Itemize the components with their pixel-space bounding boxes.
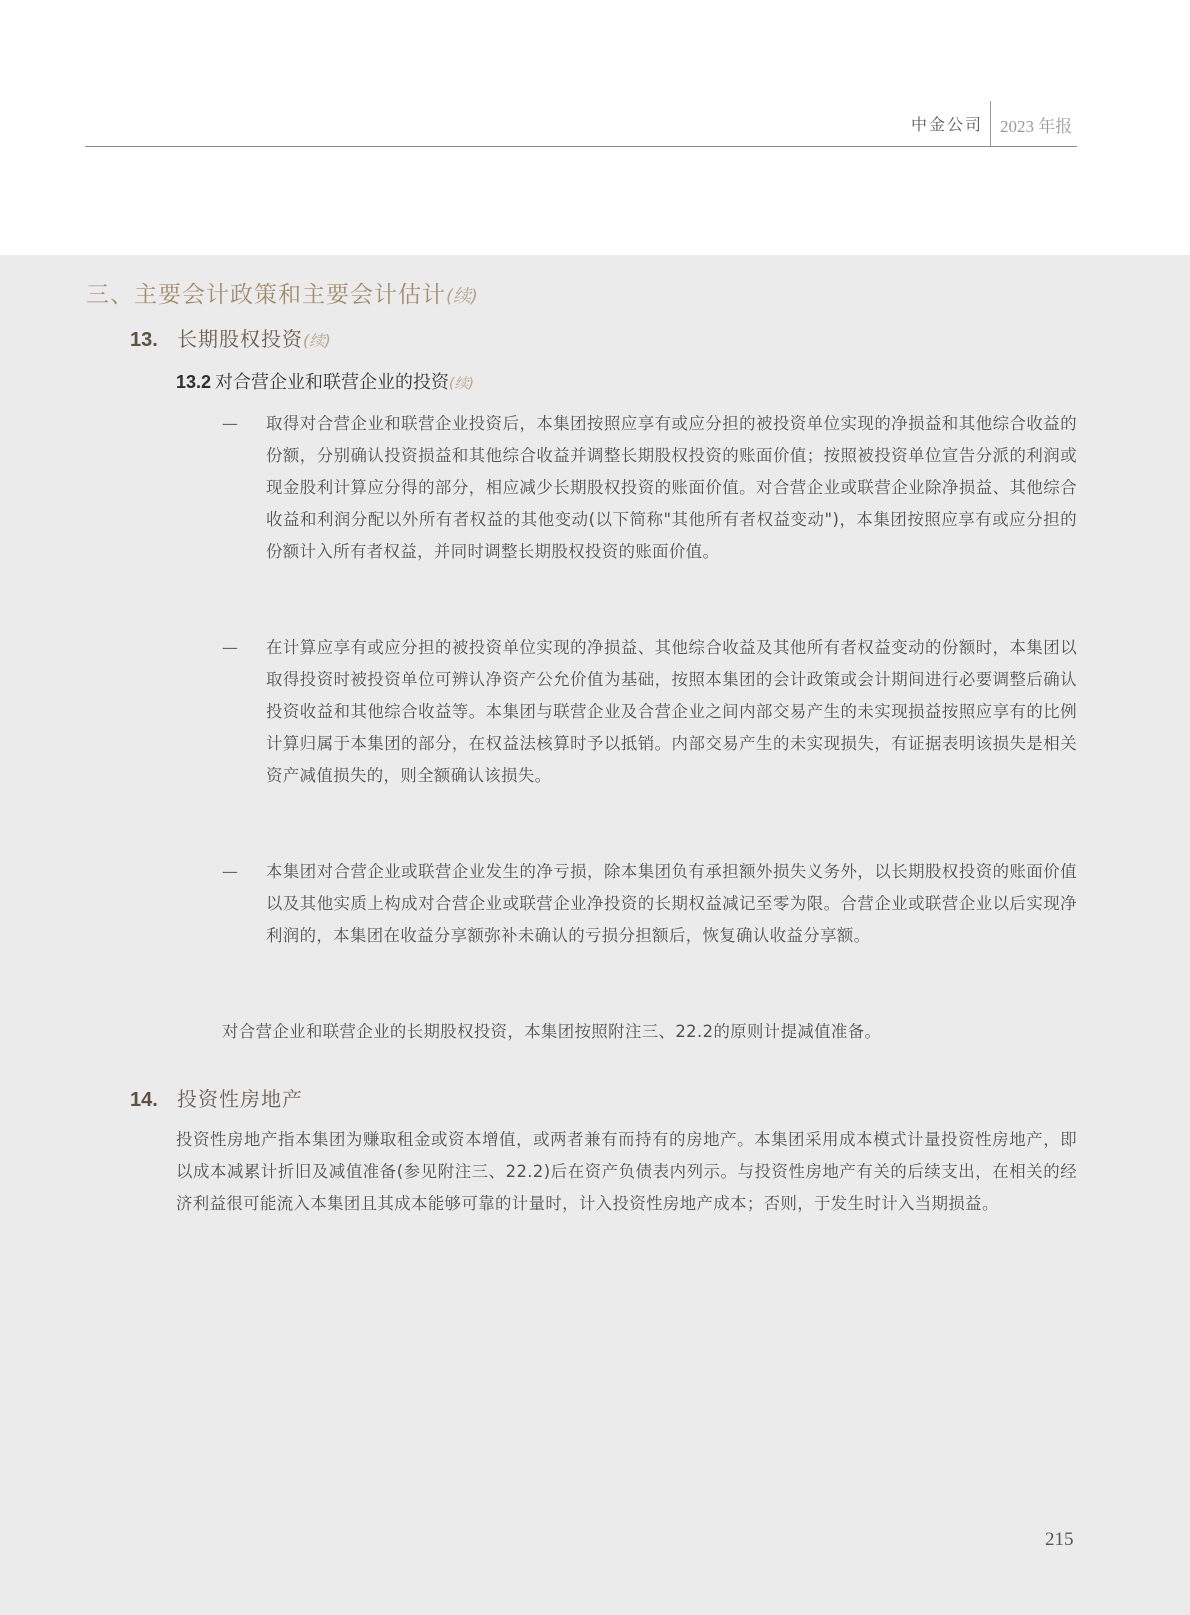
- subsection-heading-13: 13.长期股权投资(续): [130, 323, 331, 352]
- bullet-text: 取得对合营企业和联营企业投资后，本集团按照应享有或应分担的被投资单位实现的净损益…: [266, 408, 1077, 568]
- header-report-title: 2023 年报: [1000, 112, 1072, 137]
- subsection-number: 13.: [130, 329, 177, 352]
- subsubsection-title: 对合营企业和联营企业的投资: [215, 372, 449, 393]
- subsubsection-heading-13-2: 13.2对合营企业和联营企业的投资(续): [176, 368, 474, 394]
- dash-bullet-icon: —: [222, 856, 238, 888]
- header-rule: [85, 146, 1077, 147]
- bullet-text: 本集团对合营企业或联营企业发生的净亏损，除本集团负有承担额外损失义务外，以长期股…: [266, 856, 1077, 952]
- subsubsection-number: 13.2: [176, 372, 211, 392]
- header-divider: [990, 101, 991, 147]
- subsection-title: 投资性房地产: [177, 1087, 303, 1111]
- bullet-item-1: — 取得对合营企业和联营企业投资后，本集团按照应享有或应分担的被投资单位实现的净…: [222, 408, 1077, 568]
- subsection-number: 14.: [130, 1089, 177, 1112]
- bullet-item-2: — 在计算应享有或应分担的被投资单位实现的净损益、其他综合收益及其他所有者权益变…: [222, 632, 1077, 792]
- section-title: 三、主要会计政策和主要会计估计(续): [86, 276, 478, 309]
- continued-marker: (续): [446, 286, 478, 307]
- subsection-heading-14: 14.投资性房地产: [130, 1083, 303, 1112]
- investment-property-paragraph: 投资性房地产指本集团为赚取租金或资本增值，或两者兼有而持有的房地产。本集团采用成…: [176, 1124, 1077, 1220]
- page-number: 215: [1045, 1529, 1074, 1551]
- bullet-item-3: — 本集团对合营企业或联营企业发生的净亏损，除本集团负有承担额外损失义务外，以长…: [222, 856, 1077, 952]
- subsection-title: 长期股权投资: [177, 327, 303, 351]
- page-header-band: 中金公司 2023 年报: [0, 0, 1190, 255]
- section-title-text: 三、主要会计政策和主要会计估计: [86, 282, 446, 308]
- dash-bullet-icon: —: [222, 408, 238, 440]
- dash-bullet-icon: —: [222, 632, 238, 664]
- bullet-text: 在计算应享有或应分担的被投资单位实现的净损益、其他综合收益及其他所有者权益变动的…: [266, 632, 1077, 792]
- continued-marker: (续): [449, 376, 474, 392]
- header-company-name: 中金公司: [911, 112, 983, 135]
- impairment-note-paragraph: 对合营企业和联营企业的长期股权投资，本集团按照附注三、22.2的原则计提减值准备…: [222, 1016, 1077, 1048]
- continued-marker: (续): [303, 332, 331, 350]
